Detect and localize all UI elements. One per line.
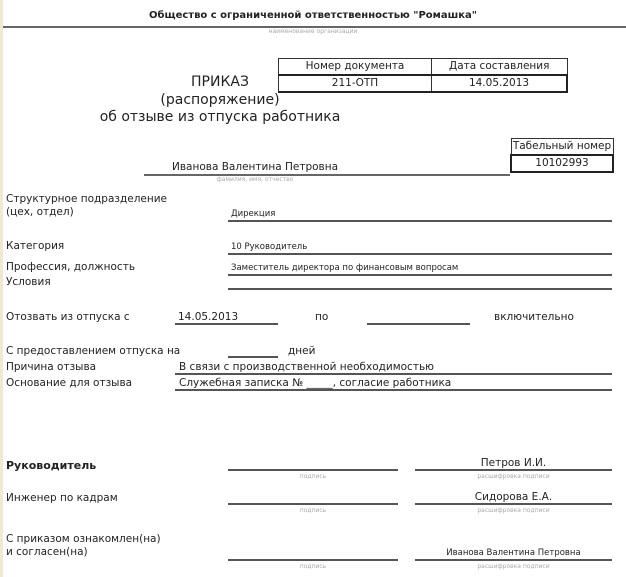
recall-label: Отозвать из отпуска с bbox=[6, 311, 130, 323]
recall-to-underline bbox=[367, 323, 470, 325]
page-left-border bbox=[0, 0, 3, 577]
ack-name-line bbox=[415, 559, 612, 561]
signer-role-hr: Инженер по кадрам bbox=[6, 492, 118, 504]
leave-days-unit: дней bbox=[288, 345, 315, 357]
conditions-label: Условия bbox=[6, 276, 51, 288]
tab-number-header: Табельный номер bbox=[511, 139, 613, 156]
category-underline bbox=[228, 253, 612, 255]
order-title: ПРИКАЗ bbox=[120, 74, 320, 90]
hr-name-line bbox=[415, 503, 612, 505]
conditions-underline bbox=[228, 288, 612, 290]
basis-label: Основание для отзыва bbox=[6, 377, 132, 389]
position-underline bbox=[228, 274, 612, 276]
doc-number-header: Номер документа bbox=[279, 59, 432, 76]
hr-sign-line bbox=[228, 503, 398, 505]
leave-days-underline bbox=[228, 356, 278, 358]
signer-role-director: Руководитель bbox=[6, 459, 96, 472]
hr-sign-caption: подпись bbox=[228, 507, 398, 514]
recall-inclusive: включительно bbox=[494, 311, 574, 323]
order-description: об отзыве из отпуска работника bbox=[40, 109, 400, 125]
ack-sign-caption: подпись bbox=[228, 563, 398, 570]
ack-decode-caption: расшифровка подписи bbox=[415, 563, 612, 570]
position-value: Заместитель директора по финансовым вопр… bbox=[231, 263, 458, 273]
ack-label-2: и согласен(на) bbox=[6, 546, 88, 558]
ack-label-1: С приказом ознакомлен(на) bbox=[6, 533, 161, 545]
document-info-table: Номер документа Дата составления 211-ОТП… bbox=[278, 58, 568, 93]
hr-decode-caption: расшифровка подписи bbox=[415, 507, 612, 514]
tab-number-table: Табельный номер 10102993 bbox=[510, 138, 614, 173]
ack-name: Иванова Валентина Петровна bbox=[415, 548, 612, 558]
category-value: 10 Руководитель bbox=[231, 242, 307, 252]
ack-sign-line bbox=[228, 559, 398, 561]
director-name: Петров И.И. bbox=[415, 457, 612, 469]
director-decode-caption: расшифровка подписи bbox=[415, 473, 612, 480]
basis-value: Служебная записка № _____, согласие рабо… bbox=[179, 377, 451, 389]
department-label-1: Структурное подразделение bbox=[6, 193, 167, 205]
basis-underline bbox=[175, 389, 612, 391]
employee-name-underline bbox=[144, 174, 510, 176]
tab-number-value: 10102993 bbox=[511, 155, 613, 172]
director-name-line bbox=[415, 469, 612, 471]
position-label: Профессия, должность bbox=[6, 261, 135, 273]
employee-name-caption: фамилия, имя, отчество bbox=[200, 176, 310, 183]
doc-date-value: 14.05.2013 bbox=[432, 75, 568, 92]
employee-name: Иванова Валентина Петровна bbox=[172, 161, 338, 173]
doc-date-header: Дата составления bbox=[432, 59, 568, 76]
organization-name: Общество с ограниченной ответственностью… bbox=[0, 10, 626, 21]
director-sign-caption: подпись bbox=[228, 473, 398, 480]
reason-label: Причина отзыва bbox=[6, 361, 96, 373]
reason-underline bbox=[175, 373, 612, 375]
department-value: Дирекция bbox=[231, 209, 275, 219]
organization-caption: наименование организации bbox=[0, 28, 626, 35]
reason-value: В связи с производственной необходимость… bbox=[179, 361, 434, 373]
director-sign-line bbox=[228, 469, 398, 471]
recall-to-label: по bbox=[315, 311, 328, 323]
hr-name: Сидорова Е.А. bbox=[415, 491, 612, 503]
category-label: Категория bbox=[6, 240, 64, 252]
department-label-2: (цех, отдел) bbox=[6, 206, 74, 218]
recall-from-value: 14.05.2013 bbox=[178, 311, 238, 323]
recall-from-underline bbox=[175, 323, 278, 325]
leave-label: С предоставлением отпуска на bbox=[6, 345, 180, 357]
order-subtitle: (распоряжение) bbox=[70, 92, 370, 108]
department-underline bbox=[228, 220, 612, 222]
